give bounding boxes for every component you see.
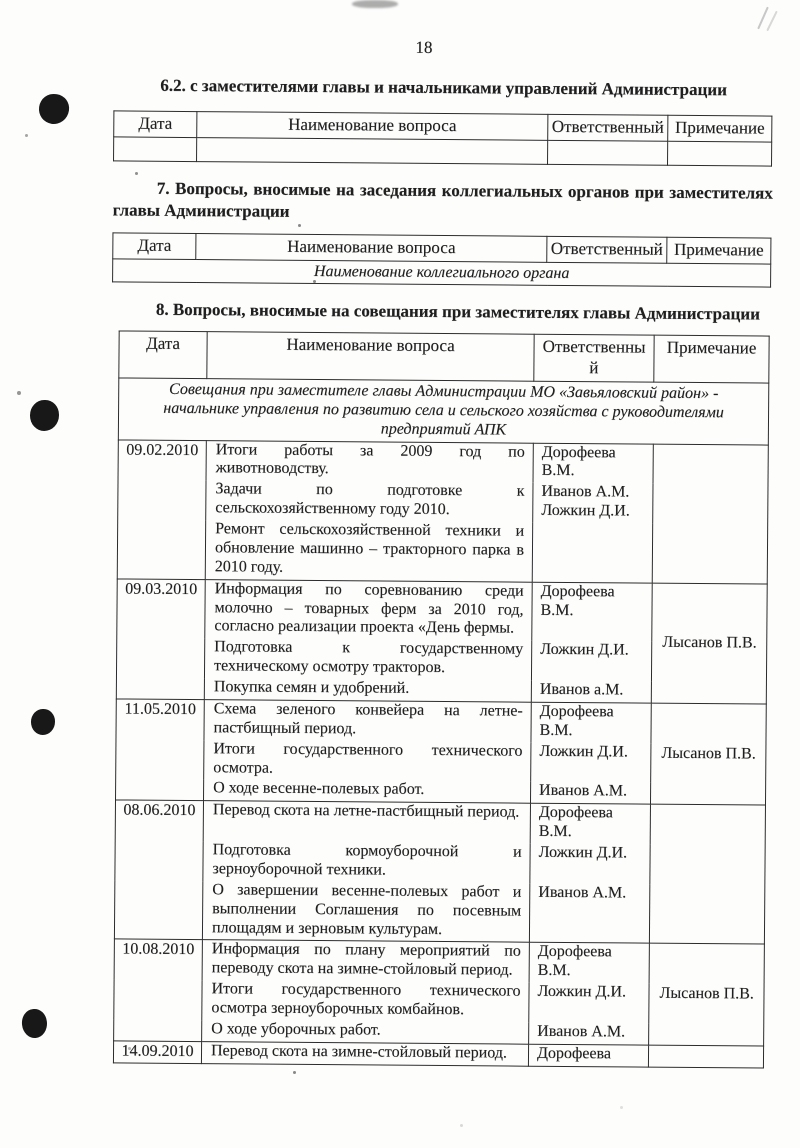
scan-speck [293, 1071, 296, 1074]
deputies-table: Дата Наименование вопроса Ответственный … [113, 110, 772, 166]
responsible-name: Иванов А.М. [537, 1023, 644, 1043]
question-cell: О ходе уборочных работ. [202, 1020, 529, 1044]
question-cell: Покупка семян и удобрений. [204, 678, 531, 702]
col-header-note: Примечание [667, 237, 771, 264]
note-cell [649, 804, 765, 944]
col-header-date: Дата [113, 233, 196, 259]
responsible-cell: Иванов А.М.Ложкин Д.И. [533, 483, 653, 524]
scan-smudge [352, 0, 398, 8]
responsible-cell: Дорофеева В.М. [531, 702, 651, 743]
col-header-question: Наименование вопроса [197, 112, 548, 140]
meetings-table: Дата Наименование вопроса Ответственны й… [113, 331, 770, 1068]
collegial-org-row: Наименование коллегиального органа [113, 259, 771, 287]
table-row: 11.05.2010Схема зеленого конвейера на ле… [116, 699, 766, 744]
responsible-cell: Ложкин Д.И. [531, 641, 651, 682]
note-cell [668, 141, 772, 166]
col-header-question: Наименование вопроса [207, 332, 534, 381]
responsible-cell [532, 523, 652, 583]
question-cell: Информация по соревнованию среди молочно… [205, 579, 532, 641]
table-row: 09.03.2010Информация по соревнованию сре… [117, 579, 767, 643]
question-cell: Схема зеленого конвейера на летне-пастби… [204, 700, 531, 743]
question-cell: О ходе весенне-полевых работ. [204, 780, 531, 804]
responsible-cell: Дорофеева В.М. [530, 803, 650, 844]
responsible-name: Дорофеева [537, 1045, 644, 1065]
col-header-date: Дата [114, 111, 197, 137]
responsible-name: Дорофеева В.М. [539, 703, 646, 742]
question-cell: Подготовка к государственному техническо… [204, 638, 531, 680]
date-cell: 09.03.2010 [116, 579, 205, 700]
collegial-table: Дата Наименование вопроса Ответственный … [112, 232, 771, 287]
question-cell: Итоги государственного технического осмо… [204, 740, 531, 782]
table-header-row: Дата Наименование вопроса Ответственны й… [119, 331, 769, 383]
col-header-responsible: Ответственный [548, 114, 668, 141]
responsible-name: Дорофеева В.М. [540, 582, 647, 621]
section-6-2-heading: 6.2. с заместителями главы и начальникам… [114, 75, 774, 100]
table-row: 08.06.2010Перевод скота на летне-пастбищ… [115, 800, 765, 845]
table-row: Наименование коллегиального органа [113, 259, 771, 287]
col-header-note: Примечание [668, 115, 772, 142]
table-row: 14.09.2010Перевод скота на зимне-стойлов… [113, 1041, 763, 1068]
responsible-cell [548, 140, 668, 165]
date-cell [114, 137, 197, 162]
note-cell [652, 444, 768, 584]
question-cell: О завершении весенне-полевых работ и вып… [202, 881, 529, 943]
responsible-name: Иванов А.М. [539, 782, 646, 802]
section-7-heading: 7. Вопросы, вносимые на заседания коллег… [113, 177, 773, 227]
col-header-question: Наименование вопроса [196, 234, 547, 262]
responsible-name: Ложкин Д.И. [541, 502, 648, 522]
scan-speck [25, 134, 28, 137]
responsible-cell: Иванов А.М. [529, 1023, 649, 1045]
table-row: 10.08.2010Информация по плану мероприяти… [114, 939, 764, 984]
responsible-name: Иванов а.М. [540, 681, 647, 701]
responsible-cell: Дорофеева В.М. [532, 582, 652, 642]
responsible-cell: Ложкин Д.И. [529, 983, 649, 1024]
date-cell: 10.08.2010 [114, 939, 203, 1041]
scan-speck [620, 1106, 623, 1109]
responsible-name: Иванов А.М. [541, 483, 648, 503]
question-cell: Подготовка кормоуборочной и зерноуборочн… [203, 841, 530, 883]
question-cell: Задачи по подготовке к сельскохозяйствен… [206, 480, 533, 522]
note-cell: Лысанов П.В. [649, 944, 765, 1046]
note-cell: Лысанов П.В. [651, 583, 767, 704]
question-cell: Ремонт сельскохозяйственной техники и об… [205, 520, 532, 582]
responsible-name: Дорофеева В.М. [539, 804, 646, 843]
responsible-cell: Ложкин Д.И. [531, 742, 651, 783]
responsible-cell: Дорофеева В.М. [529, 943, 649, 984]
responsible-cell: Иванов а.М. [531, 681, 651, 703]
scan-speck [460, 1124, 463, 1127]
scanned-document-page: 18 6.2. с заместителями главы и начальни… [0, 0, 800, 1148]
hole-punch-icon [37, 92, 71, 126]
responsible-name: Ложкин Д.И. [537, 983, 644, 1003]
pen-mark [766, 11, 777, 32]
responsible-cell: Иванов А.М. [530, 782, 650, 804]
responsible-cell: Дорофеева В.М. [533, 443, 653, 484]
note-cell [648, 1045, 763, 1068]
responsible-name: Дорофеева В.М. [542, 443, 649, 482]
table-row: 09.02.2010Итоги работы за 2009 год по жи… [118, 439, 768, 484]
date-cell: 09.02.2010 [117, 439, 206, 579]
responsible-name: Ложкин Д.И. [539, 742, 646, 762]
date-cell: 14.09.2010 [113, 1041, 201, 1064]
date-cell: 08.06.2010 [114, 800, 203, 940]
section-8-heading: 8. Вопросы, вносимые на совещания при за… [112, 298, 772, 326]
table-row: Совещания при заместителе главы Админист… [118, 378, 768, 445]
col-header-responsible: Ответственный [547, 236, 667, 263]
note-cell: Лысанов П.В. [650, 703, 766, 805]
question-cell: Перевод скота на летне-пастбищный период… [203, 801, 530, 844]
responsible-name: Ложкин Д.И. [539, 844, 646, 864]
hole-punch-icon [30, 400, 59, 431]
responsible-cell: Иванов А.М. [529, 883, 649, 943]
question-cell: Итоги работы за 2009 год по животноводст… [206, 440, 533, 483]
question-cell: Итоги государственного технического осмо… [202, 980, 529, 1022]
hole-punch-icon [21, 1008, 49, 1039]
responsible-cell: Ложкин Д.И. [530, 844, 650, 885]
responsible-cell: Дорофеева [528, 1044, 648, 1067]
question-cell [197, 137, 548, 164]
responsible-name: Ложкин Д.И. [540, 641, 647, 661]
hole-punch-icon [31, 709, 55, 735]
table-row [114, 137, 772, 166]
col-header-responsible: Ответственны й [534, 335, 654, 382]
scan-speck [17, 391, 21, 395]
page-number: 18 [114, 35, 734, 60]
date-cell: 11.05.2010 [116, 699, 205, 801]
responsible-name: Иванов А.М. [538, 884, 645, 904]
document-content: 18 6.2. с заместителями главы и начальни… [106, 35, 774, 1068]
col-header-date: Дата [119, 331, 207, 378]
question-cell: Перевод скота на зимне-стойловый период. [201, 1041, 528, 1065]
col-header-note: Примечание [654, 336, 769, 383]
question-cell: Информация по плану мероприятий по перев… [202, 940, 529, 983]
responsible-name: Дорофеева В.М. [538, 943, 645, 982]
meetings-subheader: Совещания при заместителе главы Админист… [118, 378, 768, 445]
